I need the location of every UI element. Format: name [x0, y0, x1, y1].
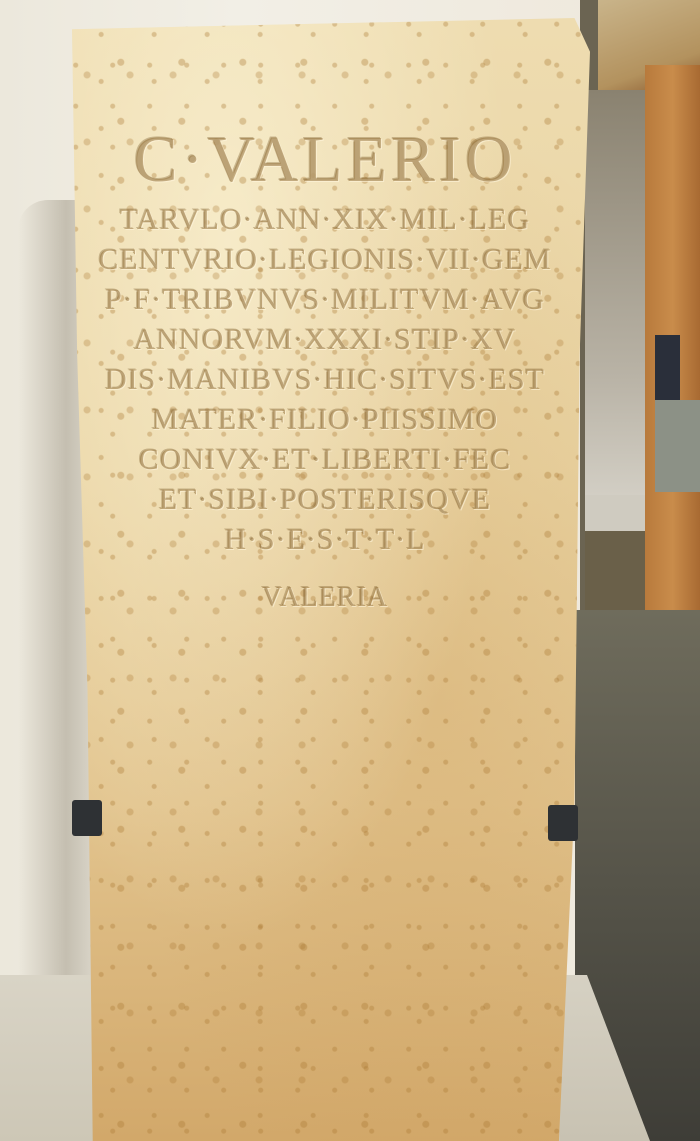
wall-shelf [585, 495, 647, 531]
info-panel-dark [655, 335, 680, 400]
inscription-line: H·S·E·S·T·T·L [95, 520, 555, 560]
inscription-line: P·F·TRIBVNVS·MILITVM·AVG [95, 280, 555, 320]
inscription-title: C·VALERIO [95, 120, 555, 200]
info-panel-light [655, 400, 700, 492]
mounting-bracket-right [548, 805, 578, 841]
inscription-line: CONIVX·ET·LIBERTI·FEC [95, 440, 555, 480]
inscription-line: TARVLO·ANN·XIX·MIL·LEG [95, 200, 555, 240]
inscription: C·VALERIO TARVLO·ANN·XIX·MIL·LEG CENTVRI… [95, 120, 555, 618]
inscription-line: ET·SIBI·POSTERISQVE [95, 480, 555, 520]
mounting-bracket-left [72, 800, 102, 836]
lower-wall [585, 531, 647, 611]
inscription-final-line: VALERIA [95, 578, 555, 618]
inscription-line: ANNORVM·XXXI·STIP·XV [95, 320, 555, 360]
back-wall [585, 90, 647, 500]
inscription-line: CENTVRIO·LEGIONIS·VII·GEM [95, 240, 555, 280]
inscription-line: MATER·FILIO·PIISSIMO [95, 400, 555, 440]
inscription-line: DIS·MANIBVS·HIC·SITVS·EST [95, 360, 555, 400]
museum-scene: C·VALERIO TARVLO·ANN·XIX·MIL·LEG CENTVRI… [0, 0, 700, 1141]
